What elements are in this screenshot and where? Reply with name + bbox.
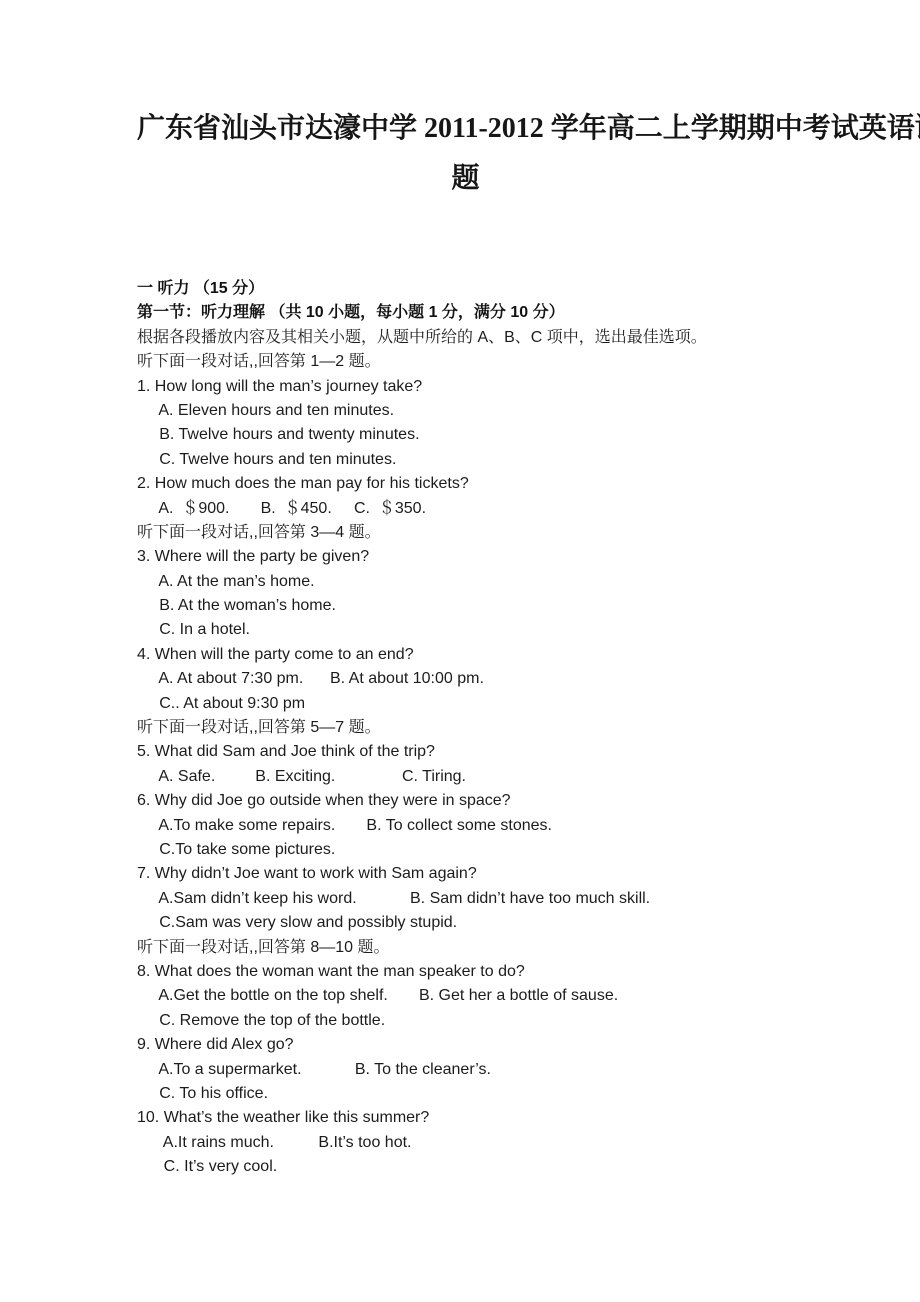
document-text-line: A.To a supermarket. B. To the cleaner’s. xyxy=(137,1058,920,1082)
document-text-line: C.. At about 9:30 pm xyxy=(137,692,920,716)
document-text-line: C.To take some pictures. xyxy=(137,838,920,862)
document-text-line: C. Twelve hours and ten minutes. xyxy=(137,448,920,472)
document-text-line: 1. How long will the man’s journey take? xyxy=(137,375,920,399)
document-text-line: C. Remove the top of the bottle. xyxy=(137,1009,920,1033)
document-text-line: 2. How much does the man pay for his tic… xyxy=(137,472,920,496)
document-text-line: C.Sam was very slow and possibly stupid. xyxy=(137,911,920,935)
document-text-line: 3. Where will the party be given? xyxy=(137,545,920,569)
document-title: 广东省汕头市达濠中学 2011-2012 学年高二上学期期中考试英语试 题 xyxy=(137,104,794,204)
document-text-line: C. In a hotel. xyxy=(137,618,920,642)
document-text-line: A. At the man’s home. xyxy=(137,570,920,594)
document-text-line: 4. When will the party come to an end? xyxy=(137,643,920,667)
document-text-line: 5. What did Sam and Joe think of the tri… xyxy=(137,740,920,764)
document-text-line: A. At about 7:30 pm. B. At about 10:00 p… xyxy=(137,667,920,691)
document-text-line: 10. What’s the weather like this summer? xyxy=(137,1106,920,1130)
document-text-line: 7. Why didn’t Joe want to work with Sam … xyxy=(137,862,920,886)
document-text-line: A.It rains much. B.It’s too hot. xyxy=(137,1131,920,1155)
document-body: 一 听力 （15 分）第一节：听力理解 （共 10 小题，每小题 1 分，满分 … xyxy=(137,277,920,1179)
document-text-line: B. At the woman’s home. xyxy=(137,594,920,618)
document-text-line: C. It’s very cool. xyxy=(137,1155,920,1179)
document-text-line: A. Eleven hours and ten minutes. xyxy=(137,399,920,423)
document-text-line: 听下面一段对话,,回答第 1—2 题。 xyxy=(137,350,920,374)
document-text-line: A.Sam didn’t keep his word. B. Sam didn’… xyxy=(137,887,920,911)
document-text-line: A. ＄900. B. ＄450. C. ＄350. xyxy=(137,497,920,521)
document-text-line: 听下面一段对话,,回答第 8—10 题。 xyxy=(137,936,920,960)
document-text-line: 9. Where did Alex go? xyxy=(137,1033,920,1057)
document-text-line: 根据各段播放内容及其相关小题，从题中所给的 A、B、C 项中，选出最佳选项。 xyxy=(137,326,920,350)
document-title-line-2: 题 xyxy=(137,154,794,204)
document-text-line: C. To his office. xyxy=(137,1082,920,1106)
document-text-line: A.Get the bottle on the top shelf. B. Ge… xyxy=(137,984,920,1008)
document-text-line: 8. What does the woman want the man spea… xyxy=(137,960,920,984)
section-heading-line: 第一节：听力理解 （共 10 小题，每小题 1 分，满分 10 分） xyxy=(137,301,920,325)
document-text-line: 6. Why did Joe go outside when they were… xyxy=(137,789,920,813)
document-text-line: 听下面一段对话,,回答第 5—7 题。 xyxy=(137,716,920,740)
document-title-line-1: 广东省汕头市达濠中学 2011-2012 学年高二上学期期中考试英语试 xyxy=(137,104,794,154)
document-text-line: A. Safe. B. Exciting. C. Tiring. xyxy=(137,765,920,789)
document-text-line: 听下面一段对话,,回答第 3—4 题。 xyxy=(137,521,920,545)
exam-document-page: 广东省汕头市达濠中学 2011-2012 学年高二上学期期中考试英语试 题 一 … xyxy=(0,0,920,1302)
document-text-line: A.To make some repairs. B. To collect so… xyxy=(137,814,920,838)
section-heading-line: 一 听力 （15 分） xyxy=(137,277,920,301)
document-text-line: B. Twelve hours and twenty minutes. xyxy=(137,423,920,447)
